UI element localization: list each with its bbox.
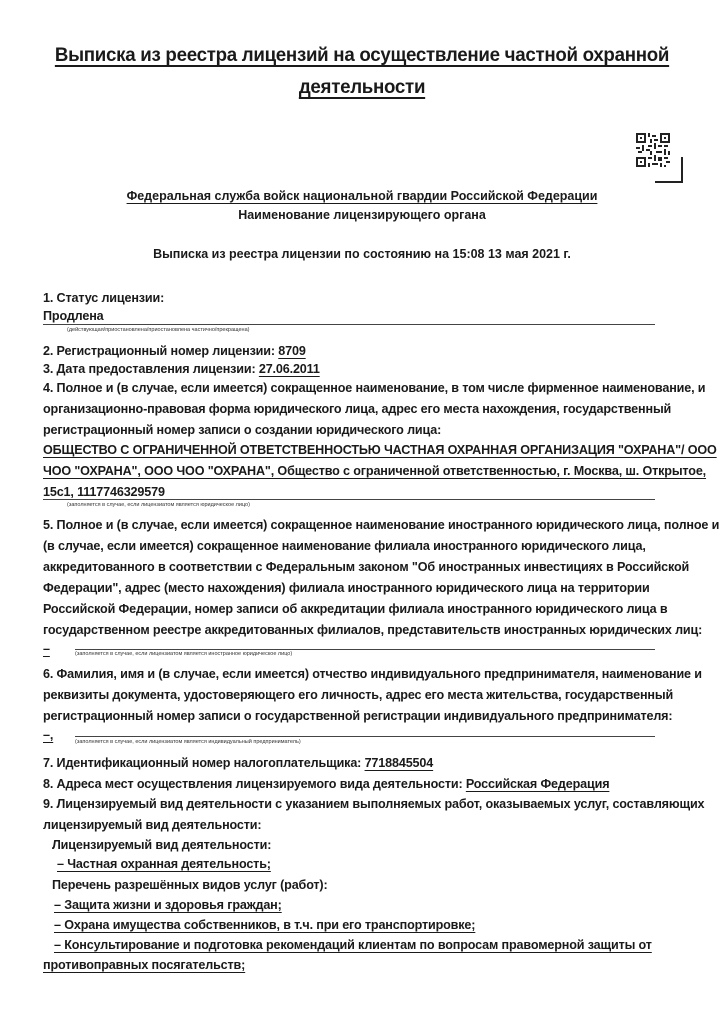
services-heading: Перечень разрешённых видов услуг (работ)… [52,878,328,892]
reg-number-row: 2. Регистрационный номер лицензии: 8709 [43,344,306,358]
legal-entity-hint: (заполняется в случае, если лицензиатом … [67,502,250,508]
inn-value: 7718845504 [365,756,434,770]
extract-date-line: Выписка из реестра лицензии по состоянию… [0,247,724,261]
document-title-line-1: Выписка из реестра лицензий на осуществл… [14,44,709,67]
foreign-entity-hint: (заполняется в случае, если лицензиатом … [75,651,292,657]
addresses-row: 8. Адреса мест осуществления лицензируем… [43,777,609,791]
entrepreneur-underline [75,736,655,737]
foreign-entity-underline [75,649,655,650]
status-hint: (действующая/приостановлена/приостановле… [67,327,249,333]
entrepreneur-label-line: реквизиты документа, удостоверяющего его… [43,688,673,702]
foreign-entity-label-line: Российской Федерации, номер записи об ак… [43,602,667,616]
legal-entity-value-line: ЧОО "ОХРАНА", ООО ЧОО "ОХРАНА", Общество… [43,464,706,478]
service-item-continuation: противоправных посягательств; [43,958,245,972]
addresses-label: 8. Адреса мест осуществления лицензируем… [43,777,466,791]
activity-label-line: лицензируемый вид деятельности: [43,818,261,832]
inn-row: 7. Идентификационный номер налогоплатель… [43,756,433,770]
legal-entity-label-line: организационно-правовая форма юридическо… [43,402,671,416]
foreign-entity-label-line: Федерации", адрес (место нахождения) фил… [43,581,650,595]
legal-entity-label-line: 4. Полное и (в случае, если имеется) сок… [43,381,705,395]
foreign-entity-value: – [43,642,50,656]
status-underline [43,324,655,325]
legal-entity-label-line: регистрационный номер записи о создании … [43,423,441,437]
grant-date-row: 3. Дата предоставления лицензии: 27.06.2… [43,362,320,376]
status-value: Продлена [43,309,104,323]
licensing-authority-name: Федеральная служба войск национальной гв… [0,189,724,203]
service-item: – Охрана имущества собственников, в т.ч.… [43,918,475,932]
entrepreneur-hint: (заполняется в случае, если лицензиатом … [75,739,301,745]
foreign-entity-label-line: 5. Полное и (в случае, если имеется) сок… [43,518,719,532]
legal-entity-value-line: 15с1, 1117746329579 [43,485,165,499]
foreign-entity-label-line: государственном реестре аккредитованных … [43,623,702,637]
foreign-entity-label-line: (в случае, если имеется) сокращенное наи… [43,539,646,553]
legal-entity-underline [43,499,655,500]
grant-date-value: 27.06.2011 [259,362,320,376]
foreign-entity-label-line: аккредитованного в соответствии с Федера… [43,560,689,574]
reg-number-value: 8709 [278,344,305,358]
inn-label: 7. Идентификационный номер налогоплатель… [43,756,365,770]
status-label: 1. Статус лицензии: [43,291,164,305]
reg-number-label: 2. Регистрационный номер лицензии: [43,344,278,358]
entrepreneur-value: –, [43,728,53,742]
licensing-authority-caption: Наименование лицензирующего органа [0,208,724,222]
service-item: – Консультирование и подготовка рекоменд… [43,938,652,952]
service-item: – Защита жизни и здоровья граждан; [43,898,282,912]
entrepreneur-label-line: 6. Фамилия, имя и (в случае, если имеетс… [43,667,702,681]
qr-frame-corner [655,157,683,183]
document-title-line-2: деятельности [14,76,709,99]
activity-label-line: 9. Лицензируемый вид деятельности с указ… [43,797,704,811]
grant-date-label: 3. Дата предоставления лицензии: [43,362,259,376]
activity-heading: Лицензируемый вид деятельности: [52,838,271,852]
legal-entity-value-line: ОБЩЕСТВО С ОГРАНИЧЕННОЙ ОТВЕТСТВЕННОСТЬЮ… [43,443,717,457]
activity-value: – Частная охранная деятельность; [43,857,271,871]
addresses-value: Российская Федерация [466,777,610,791]
entrepreneur-label-line: регистрационный номер записи о государст… [43,709,672,723]
